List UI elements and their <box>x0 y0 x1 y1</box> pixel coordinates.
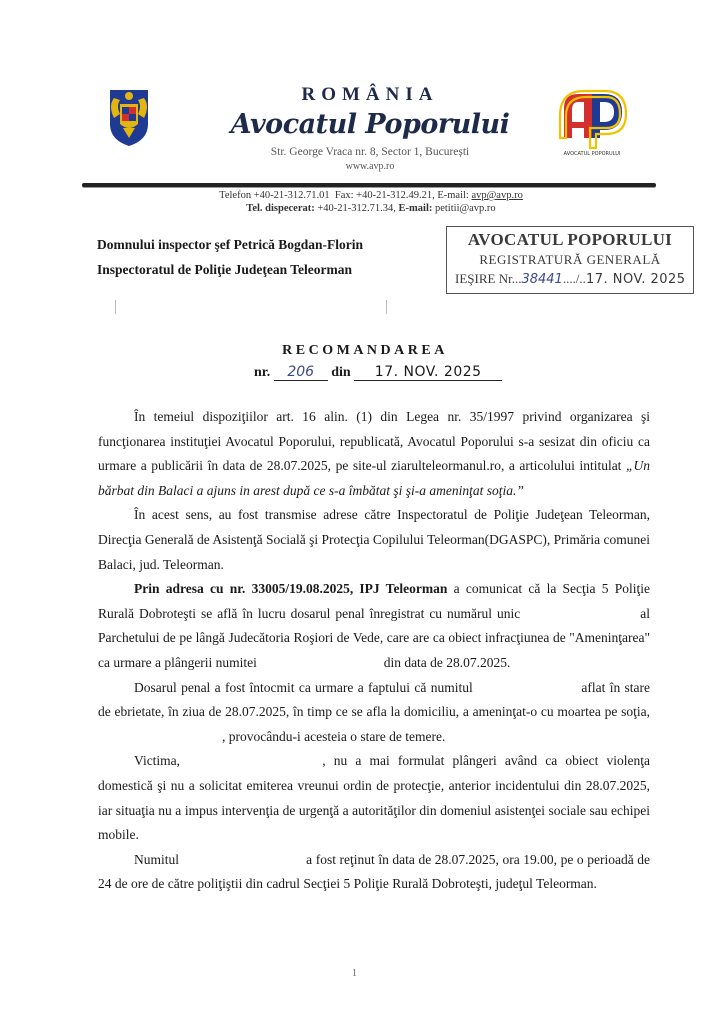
dispatch-phone: +40-21-312.71.34, <box>317 203 396 214</box>
institution-website[interactable]: www.avp.ro <box>230 161 510 172</box>
stamp-date: 17. NOV. 2025 <box>586 272 686 287</box>
phone-value: +40-21-312.71.01 <box>254 190 330 201</box>
stamp-subtitle: REGISTRATURĂ GENERALĂ <box>447 252 693 268</box>
svg-text:AVOCATUL POPORULUI: AVOCATUL POPORULUI <box>564 151 621 157</box>
dispatch-label: Tel. dispecerat: <box>246 203 314 214</box>
avocatul-poporului-logo-icon: AVOCATUL POPORULUI <box>556 88 628 160</box>
email-link[interactable]: avp@avp.ro <box>471 190 522 201</box>
paragraph-5: Victima, , nu a mai formulat plângeri av… <box>98 749 650 847</box>
document-number: 206 <box>274 364 328 381</box>
fax-label: Fax: <box>335 190 354 201</box>
paragraph-text: Dosarul penal a fost întocmit ca urmare … <box>134 680 473 695</box>
paragraph-text: În temeiul dispoziţiilor art. 16 alin. (… <box>98 409 650 473</box>
dispatch-line: Tel. dispecerat: +40-21-312.71.34, E-mai… <box>186 203 556 214</box>
email-label: E-mail: <box>437 190 469 201</box>
paragraph-text: a fost reţinut în data de 28.07.2025, or… <box>98 852 650 892</box>
margin-mark <box>115 300 116 314</box>
header-divider <box>82 183 656 187</box>
document-title: RECOMANDAREA <box>280 343 450 359</box>
document-date: 17. NOV. 2025 <box>354 364 502 381</box>
paragraph-3: Prin adresa cu nr. 33005/19.08.2025, IPJ… <box>98 577 650 675</box>
romania-coat-of-arms-icon <box>106 84 152 148</box>
nr-label: nr. <box>254 365 270 380</box>
dispatch-email-label: E-mail: <box>399 203 433 214</box>
fax-value: +40-21-312.49.21, <box>356 190 435 201</box>
paragraph-text: , nu a mai formulat plângeri având ca ob… <box>98 753 650 842</box>
phone-label: Telefon <box>219 190 251 201</box>
addressee-name: Domnului inspector şef Petrică Bogdan-Fl… <box>97 237 363 253</box>
paragraph-text: din data de 28.07.2025. <box>384 655 511 670</box>
paragraph-6: Numitul a fost reţinut în data de 28.07.… <box>98 848 650 897</box>
stamp-exit-line: IEŞIRE Nr...38441..../..17. NOV. 2025 <box>455 271 687 287</box>
institution-address: Str. George Vraca nr. 8, Sector 1, Bucur… <box>230 146 510 158</box>
stamp-exit-number: 38441 <box>521 272 562 287</box>
din-label: din <box>331 365 350 380</box>
paragraph-text: Victima, <box>134 753 180 768</box>
stamp-exit-label: IEŞIRE Nr. <box>455 271 515 286</box>
reference-address: Prin adresa cu nr. 33005/19.08.2025, IPJ… <box>134 581 447 596</box>
margin-mark <box>386 300 387 314</box>
paragraph-1: În temeiul dispoziţiilor art. 16 alin. (… <box>98 405 650 503</box>
addressee-institution: Inspectoratul de Poliţie Judeţean Teleor… <box>97 262 352 278</box>
paragraph-4: Dosarul penal a fost întocmit ca urmare … <box>98 676 650 750</box>
page-number: 1 <box>352 968 357 979</box>
registration-stamp: AVOCATUL POPORULUI REGISTRATURĂ GENERALĂ… <box>446 226 694 294</box>
dispatch-email-link[interactable]: petitii@avp.ro <box>435 203 496 214</box>
country-heading: ROMÂNIA <box>250 84 490 106</box>
stamp-title: AVOCATUL POPORULUI <box>447 230 693 250</box>
document-body: În temeiul dispoziţiilor art. 16 alin. (… <box>98 405 650 897</box>
paragraph-2: În acest sens, au fost transmise adrese … <box>98 503 650 577</box>
institution-name: Avocatul Poporului <box>230 109 510 140</box>
document-number-line: nr. 206 din 17. NOV. 2025 <box>254 364 502 381</box>
paragraph-text: Numitul <box>134 852 179 867</box>
contact-line: Telefon +40-21-312.71.01 Fax: +40-21-312… <box>186 190 556 201</box>
paragraph-text: , provocându-i acesteia o stare de temer… <box>222 729 445 744</box>
